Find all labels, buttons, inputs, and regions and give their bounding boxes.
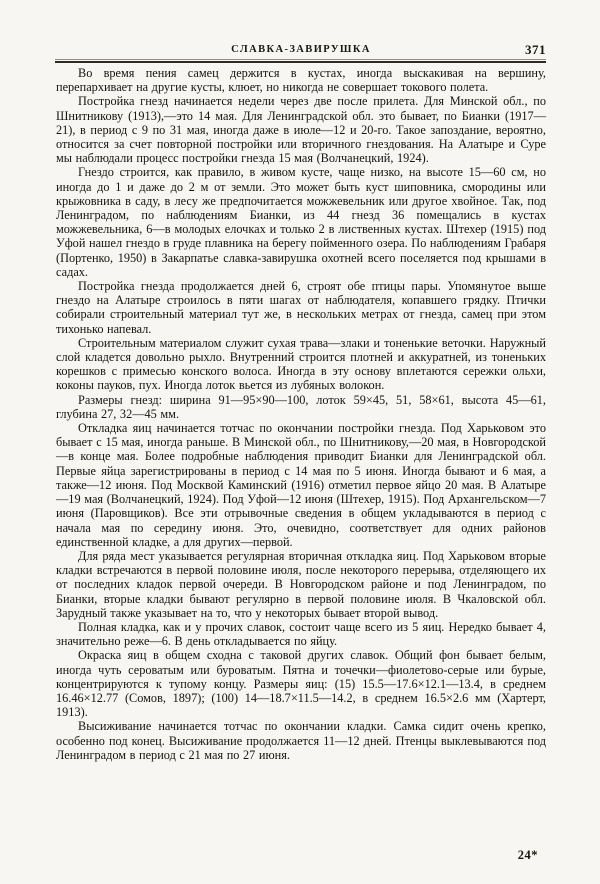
paragraph-clutch-size: Полная кладка, как и у прочих славок, со… — [56, 620, 546, 648]
signature-mark: 24* — [518, 848, 538, 862]
paragraph-nest-building-duration: Постройка гнезда продолжается дней 6, ст… — [56, 279, 546, 336]
running-title: СЛАВКА-ЗАВИРУШКА — [56, 44, 546, 55]
paragraph-second-clutches: Для ряда мест указывается регулярная вто… — [56, 549, 546, 620]
body-text: Во время пения самец держится в кустах, … — [56, 66, 546, 762]
page-number: 371 — [525, 42, 546, 58]
paragraph-nest-dimensions: Размеры гнезд: ширина 91—95×90—100, лото… — [56, 393, 546, 421]
paragraph-egg-coloration: Окраска яиц в общем сходна с таковой дру… — [56, 648, 546, 719]
page-footer: 24* — [518, 848, 538, 863]
paragraph-song-behavior: Во время пения самец держится в кустах, … — [56, 66, 546, 94]
book-page: СЛАВКА-ЗАВИРУШКА 371 Во время пения саме… — [0, 0, 600, 884]
paragraph-incubation: Высиживание начинается тотчас по окончан… — [56, 719, 546, 762]
paragraph-egg-laying: Откладка яиц начинается тотчас по оконча… — [56, 421, 546, 549]
paragraph-nest-materials: Строительным материалом служит сухая тра… — [56, 336, 546, 393]
header-rule — [55, 59, 546, 63]
paragraph-nest-building-start: Постройка гнезд начинается недели через … — [56, 94, 546, 165]
page-header: СЛАВКА-ЗАВИРУШКА 371 — [56, 44, 546, 60]
paragraph-nest-location: Гнездо строится, как правило, в живом ку… — [56, 165, 546, 279]
